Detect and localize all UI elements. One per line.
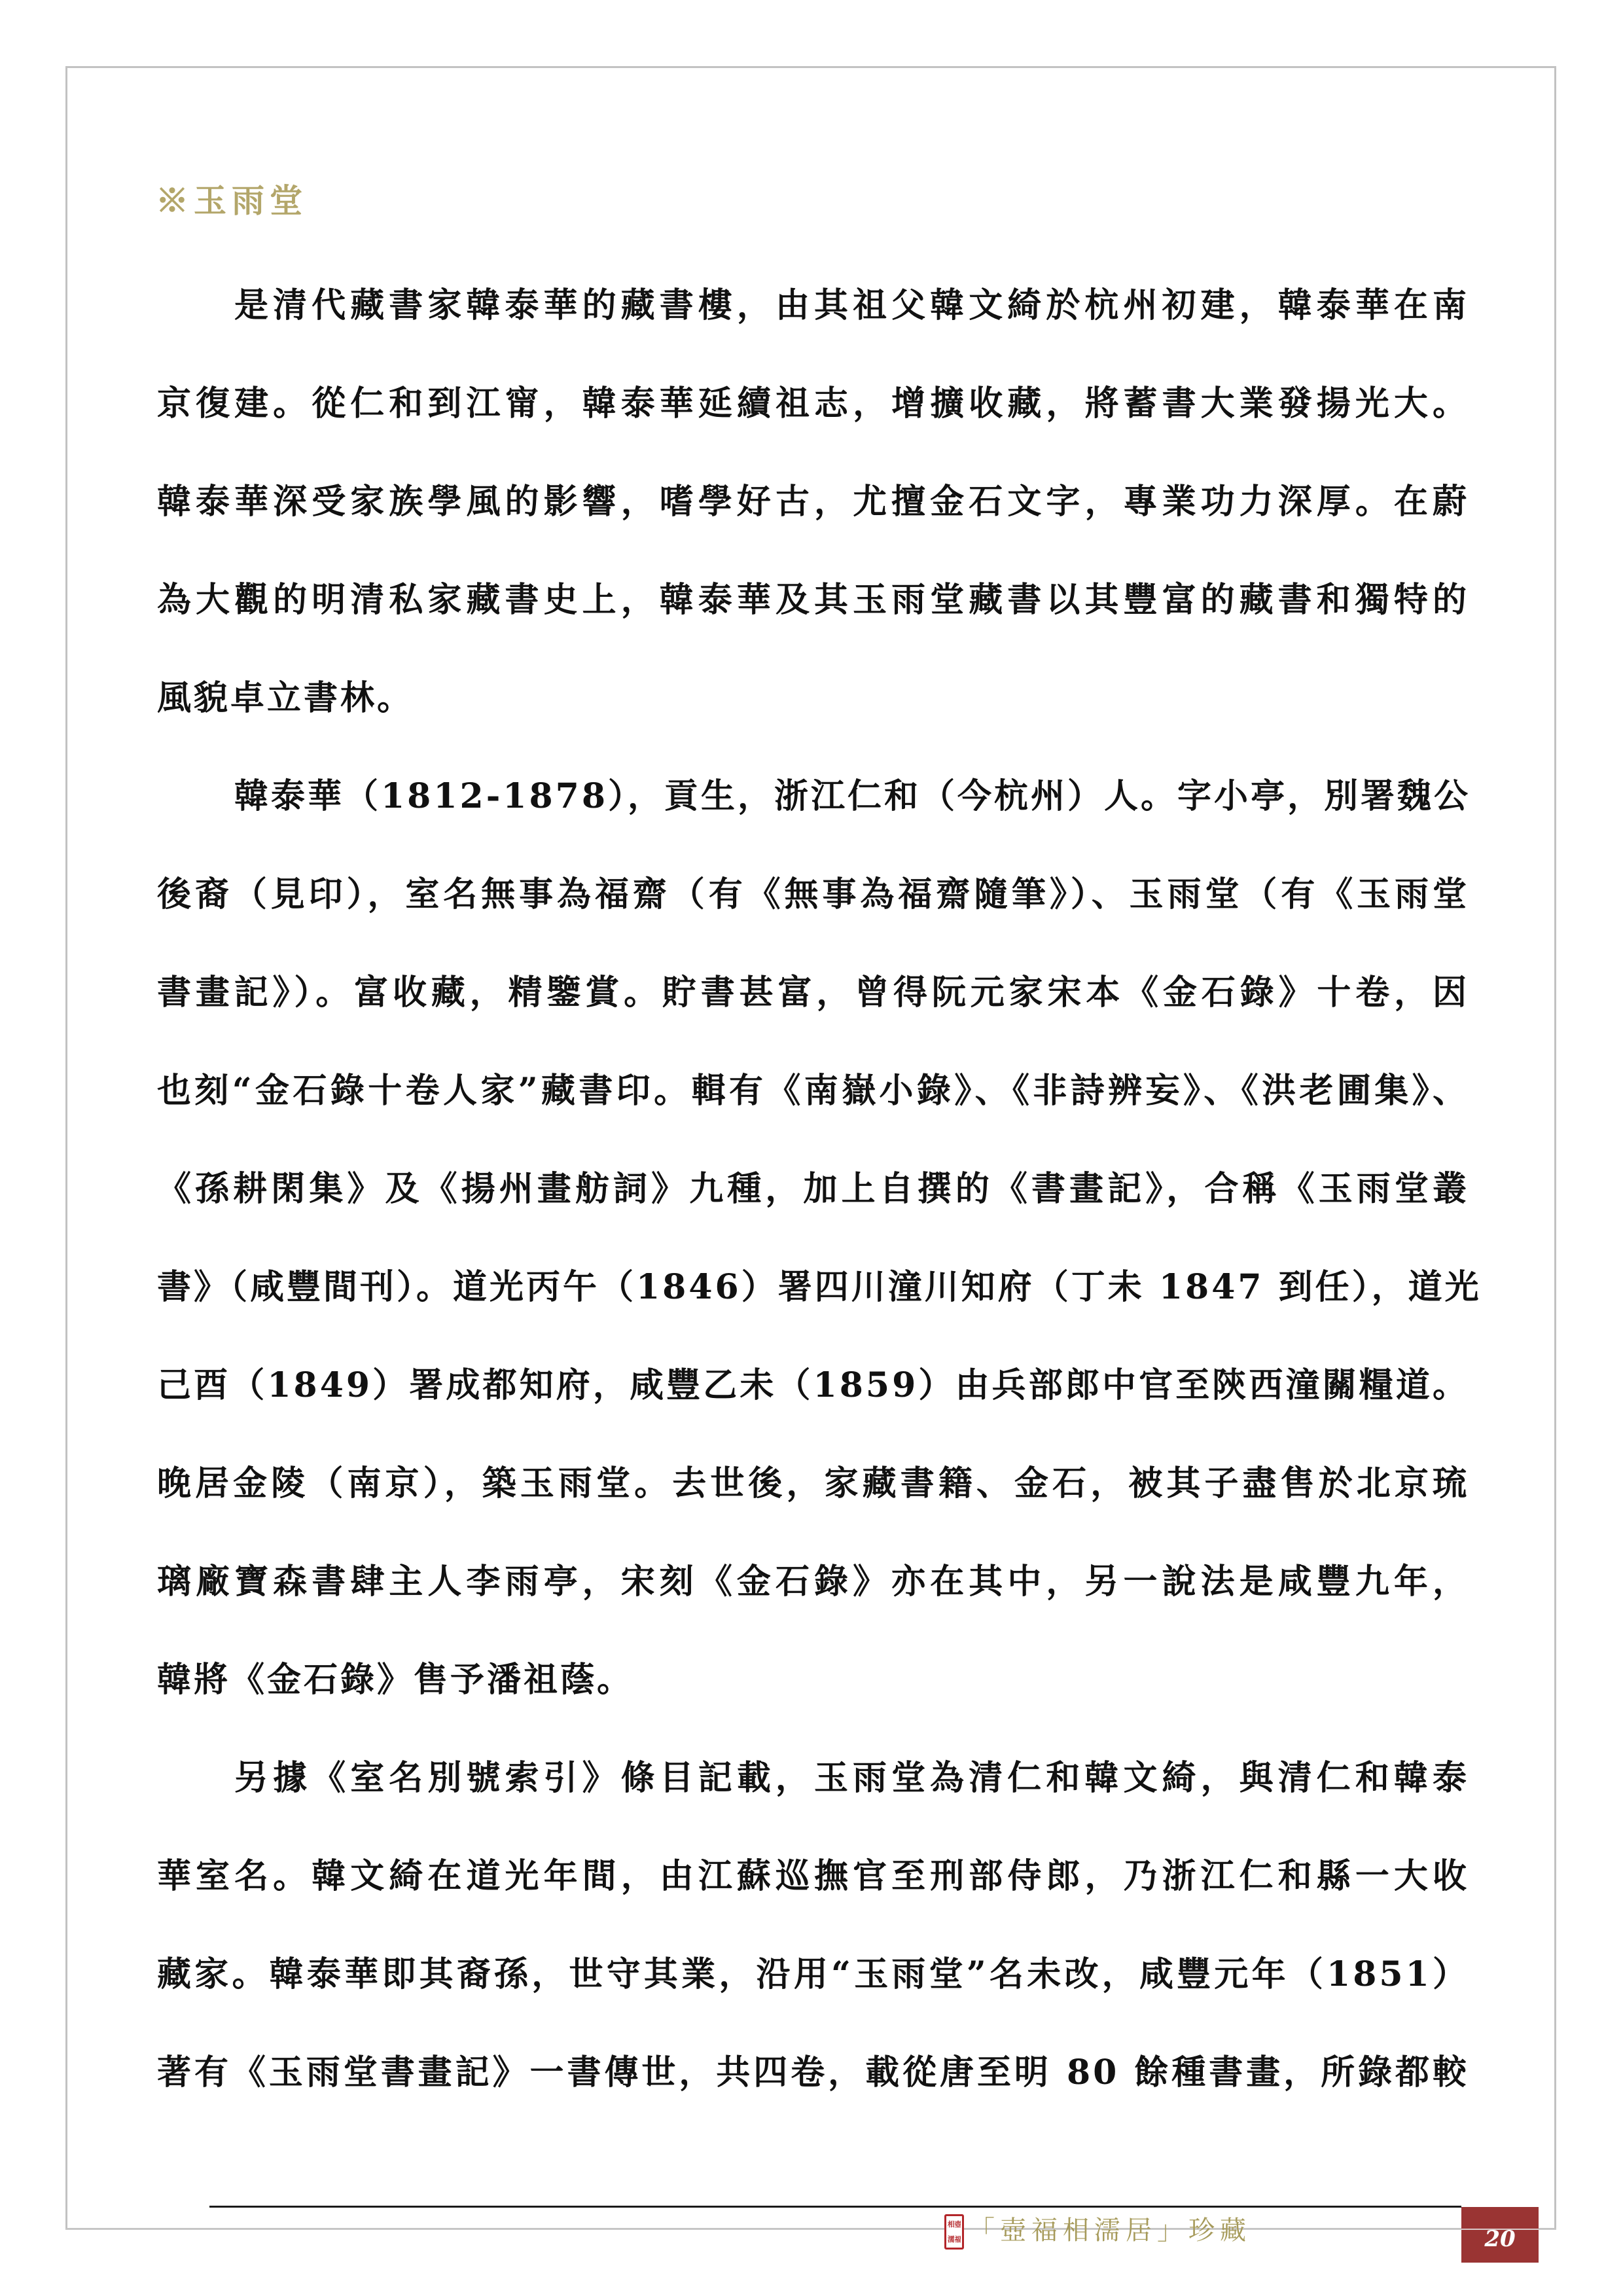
text-line: 韓泰華深受家族學風的影響，嗜學好古，尤擅金石文字，專業功力深厚。在蔚: [157, 471, 1469, 569]
frame-bottom-edge: [65, 2229, 1556, 2230]
reference-mark-icon: ※: [156, 181, 194, 220]
section-title-text: 玉雨堂: [194, 181, 308, 220]
text-line: 書畫記》）。富收藏，精鑒賞。貯書甚富，曾得阮元家宋本《金石錄》十卷，因: [157, 962, 1469, 1060]
page-number-box: 20: [1461, 2207, 1539, 2263]
text-line: 晚居金陵（南京），築玉雨堂。去世後，家藏書籍、金石，被其子盡售於北京琉: [157, 1453, 1469, 1551]
text-line: 風貌卓立書林。: [157, 668, 1469, 766]
text-line: 《孫耕閑集》及《揚州畫舫詞》九種，加上自撰的《書畫記》，合稱《玉雨堂叢: [157, 1158, 1469, 1257]
footer-brand: 「壺福相濡居」珍藏: [969, 2211, 1251, 2250]
text-line: 韓泰華（1812-1878），貢生，浙江仁和（今杭州）人。字小亭，別署魏公: [157, 766, 1469, 864]
text-line: 另據《室名別號索引》條目記載，玉雨堂為清仁和韓文綺，與清仁和韓泰: [157, 1748, 1469, 1846]
text-line: 著有《玉雨堂書畫記》一書傳世，共四卷，載從唐至明 80 餘種書畫，所錄都較: [157, 2042, 1469, 2140]
text-line: 藏家。韓泰華即其裔孫，世守其業，沿用“玉雨堂”名未改，咸豐元年（1851）: [157, 1944, 1469, 2042]
text-line: 也刻“金石錄十卷人家”藏書印。輯有《南嶽小錄》、《非詩辨妄》、《洪老圃集》、: [157, 1060, 1469, 1158]
page-number: 20: [1484, 2226, 1515, 2252]
text-line: 為大觀的明清私家藏書史上，韓泰華及其玉雨堂藏書以其豐富的藏書和獨特的: [157, 569, 1469, 668]
text-line: 京復建。從仁和到江甯，韓泰華延續祖志，增擴收藏，將蓄書大業發揚光大。: [157, 373, 1469, 471]
red-seal-icon: 相 壺 濡 福: [944, 2214, 964, 2250]
text-line: 書》（咸豐間刊）。道光丙午（1846）署四川潼川知府（丁未 1847 到任），道…: [157, 1257, 1469, 1355]
body-text: 是清代藏書家韓泰華的藏書樓，由其祖父韓文綺於杭州初建，韓泰華在南 京復建。從仁和…: [157, 275, 1469, 2140]
text-line: 己酉（1849）署成都知府，咸豐乙未（1859）由兵部郎中官至陝西潼關糧道。: [157, 1355, 1469, 1453]
text-line: 後裔（見印），室名無事為福齋（有《無事為福齋隨筆》）、玉雨堂（有《玉雨堂: [157, 864, 1469, 962]
text-line: 韓將《金石錄》售予潘祖蔭。: [157, 1649, 1469, 1748]
text-line: 是清代藏書家韓泰華的藏書樓，由其祖父韓文綺於杭州初建，韓泰華在南: [157, 275, 1469, 373]
footer-divider: [209, 2206, 1461, 2208]
section-heading: ※玉雨堂: [156, 178, 308, 224]
text-line: 華室名。韓文綺在道光年間，由江蘇巡撫官至刑部侍郎，乃浙江仁和縣一大收: [157, 1846, 1469, 1944]
text-line: 璃廠寶森書肆主人李雨亭，宋刻《金石錄》亦在其中，另一說法是咸豐九年，: [157, 1551, 1469, 1649]
